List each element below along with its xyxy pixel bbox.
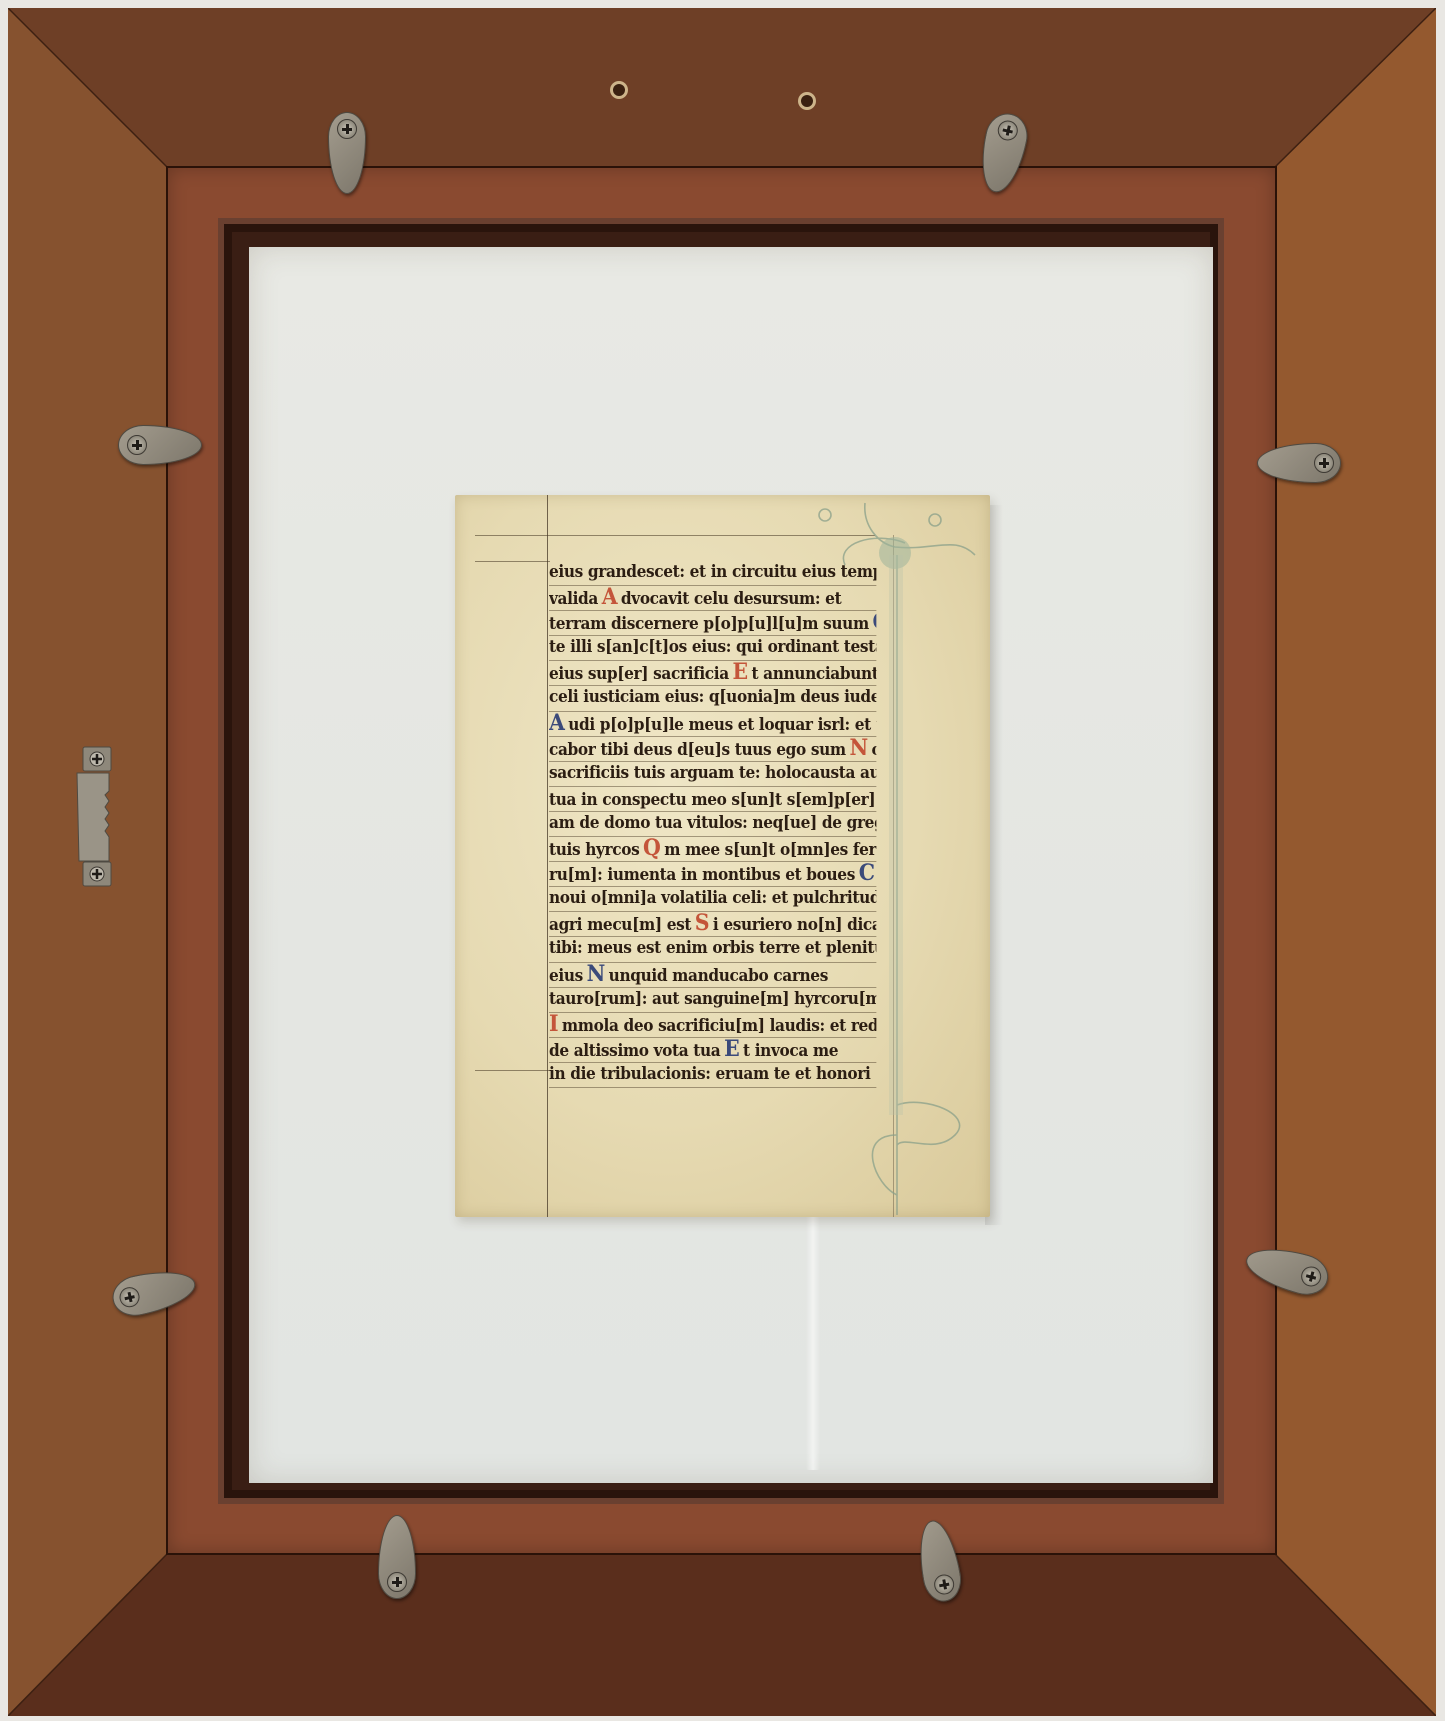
screw-icon — [1299, 1264, 1323, 1288]
screw-icon — [337, 119, 357, 139]
screw-icon — [1314, 453, 1334, 473]
blue-initial: N — [587, 963, 605, 987]
text-line: terram discernere p[o]p[u]l[u]m suumCong… — [549, 611, 876, 636]
text-line: Immola deo sacrificiu[m] laudis: et red — [549, 1013, 876, 1038]
text-line: tauro[rum]: aut sanguine[m] hyrcoru[m] p… — [549, 988, 876, 1013]
red-initial: E — [733, 661, 748, 685]
manuscript-leaf: eius grandescet: et in circuitu eius tem… — [455, 495, 990, 1217]
blue-initial: E — [724, 1038, 739, 1062]
blue-initial: A — [549, 712, 565, 736]
screw-icon — [118, 1285, 142, 1309]
text-line: agri mecu[m] estSi esuriero no[n] dicam — [549, 912, 876, 937]
red-initial: S — [695, 912, 709, 936]
text-line: ru[m]: iumenta in montibus et bouesCog — [549, 862, 876, 887]
margin-ruling — [475, 1070, 550, 1071]
text-line: eius sup[er] sacrificiaEt annunciabunt — [549, 661, 876, 686]
red-initial: Q — [643, 837, 660, 861]
text-line: validaAdvocavit celu desursum: et — [549, 586, 876, 611]
nail-hole — [613, 84, 625, 96]
text-line: eiusNunquid manducabo carnes — [549, 963, 876, 988]
text-line: cabor tibi deus d[eu]s tuus ego sumNon i… — [549, 737, 876, 762]
red-initial: N — [849, 737, 867, 761]
margin-ruling — [475, 561, 550, 562]
screw-icon — [933, 1573, 956, 1596]
text-line: tua in conspectu meo s[un]t s[em]p[er]No… — [549, 787, 876, 812]
text-line: am de domo tua vitulos: neq[ue] de gregi… — [549, 812, 876, 837]
text-line: de altissimo vota tuaEt invoca me — [549, 1038, 876, 1063]
red-initial: I — [549, 1013, 558, 1037]
nail-hole — [801, 95, 813, 107]
text-line: eius grandescet: et in circuitu eius tem… — [549, 561, 876, 586]
manuscript-text-block: eius grandescet: et in circuitu eius tem… — [549, 561, 901, 1088]
text-line: celi iusticiam eius: q[uonia]m deus iude… — [549, 686, 876, 711]
text-line: sacrificiis tuis arguam te: holocausta a… — [549, 762, 876, 787]
screw-icon — [387, 1572, 407, 1592]
text-line: noui o[mni]a volatilia celi: et pulchrit… — [549, 887, 876, 912]
left-ruling-line — [547, 495, 548, 1217]
text-line: tuis hyrcosQm mee s[un]t o[mn]es fere si… — [549, 837, 876, 862]
red-initial: A — [602, 586, 618, 610]
text-line: tibi: meus est enim orbis terre et pleni… — [549, 937, 876, 962]
text-line: te illi s[an]c[t]os eius: qui ordinant t… — [549, 636, 876, 661]
sawtooth-hanger — [73, 745, 115, 888]
text-line: Audi p[o]p[u]le meus et loquar isrl: et … — [549, 712, 876, 737]
screw-icon — [127, 435, 147, 455]
blue-initial: C — [859, 862, 875, 886]
glass-reflection — [806, 1180, 820, 1470]
blue-initial: C — [873, 611, 877, 635]
text-line: in die tribulacionis: eruam te et honori — [549, 1063, 876, 1088]
screw-icon — [996, 119, 1020, 143]
